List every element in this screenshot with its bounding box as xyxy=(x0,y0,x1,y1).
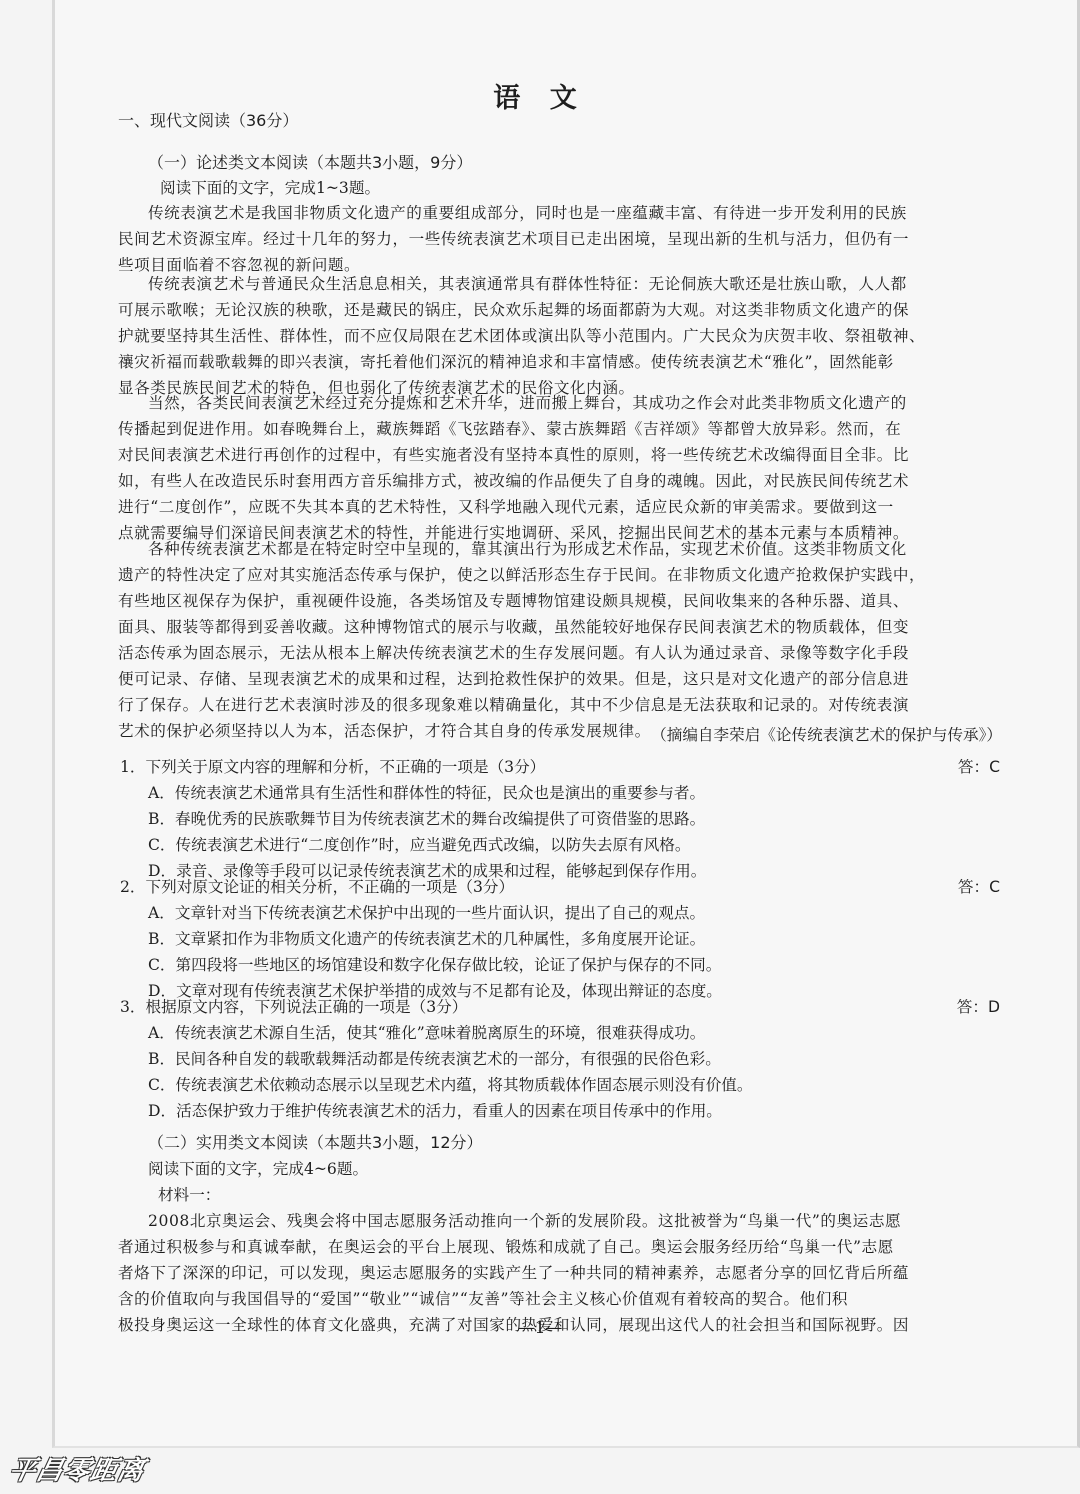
option-a: A．传统表演艺术通常具有生活性和群体性的特征，民众也是演出的重要参与者。 xyxy=(120,780,1000,806)
page-number: —1— xyxy=(0,1318,1080,1338)
option-b: B．春晚优秀的民族歌舞节目为传统表演艺术的舞台改编提供了可资借鉴的思路。 xyxy=(120,806,1000,832)
part1-instruction: 阅读下面的文字，完成1~3题。 xyxy=(160,175,380,201)
source-citation: （摘编自李荣启《论传统表演艺术的保护与传承》） xyxy=(651,722,1002,748)
section-heading: 一、现代文阅读（36分） xyxy=(118,108,298,131)
option-b: B．文章紧扣作为非物质文化遗产的传统表演艺术的几种属性，多角度展开论证。 xyxy=(120,926,1000,952)
option-a: A．传统表演艺术源自生活，使其“雅化”意味着脱离原生的环境，很难获得成功。 xyxy=(120,1020,1000,1046)
watermark-logo: 平昌零距离 xyxy=(6,1450,149,1487)
question-stem: 2．下列对原文论证的相关分析，不正确的一项是（3分） xyxy=(120,874,514,900)
material-label: 材料一： xyxy=(158,1182,220,1208)
question-stem: 1．下列关于原文内容的理解和分析，不正确的一项是（3分） xyxy=(120,754,545,780)
paragraph: 传统表演艺术与普通民众生活息息相关，其表演通常具有群体性特征：无论侗族大歌还是壮… xyxy=(118,271,978,401)
answer: 答：D xyxy=(957,994,1000,1020)
option-c: C．传统表演艺术进行“二度创作”时，应当避免西式改编，以防失去原有风格。 xyxy=(120,832,1000,858)
part2-instruction: 阅读下面的文字，完成4~6题。 xyxy=(148,1156,368,1182)
question-2: 2．下列对原文论证的相关分析，不正确的一项是（3分） 答：C A．文章针对当下传… xyxy=(120,874,1000,1004)
paragraph: 各种传统表演艺术都是在特定时空中呈现的，靠其演出行为形成艺术作品，实现艺术价值。… xyxy=(118,536,978,744)
option-b: B．民间各种自发的载歌载舞活动都是传统表演艺术的一部分，有很强的民俗色彩。 xyxy=(120,1046,1000,1072)
option-d: D．活态保护致力于维护传统表演艺术的活力，看重人的因素在项目传承中的作用。 xyxy=(120,1098,1000,1124)
paragraph: 传统表演艺术是我国非物质文化遗产的重要组成部分，同时也是一座蕴藏丰富、有待进一步… xyxy=(118,200,978,278)
part1-heading: （一）论述类文本阅读（本题共3小题，9分） xyxy=(148,150,472,173)
option-c: C．第四段将一些地区的场馆建设和数字化保存做比较，论证了保护与保存的不同。 xyxy=(120,952,1000,978)
option-a: A．文章针对当下传统表演艺术保护中出现的一些片面认识，提出了自己的观点。 xyxy=(120,900,1000,926)
paragraph: 当然，各类民间表演艺术经过充分提炼和艺术升华，进而搬上舞台，其成功之作会对此类非… xyxy=(118,390,978,546)
question-stem: 3．根据原文内容，下列说法正确的一项是（3分） xyxy=(120,994,467,1020)
question-1: 1．下列关于原文内容的理解和分析，不正确的一项是（3分） 答：C A．传统表演艺… xyxy=(120,754,1000,884)
part2-heading: （二）实用类文本阅读（本题共3小题，12分） xyxy=(148,1130,483,1153)
option-c: C．传统表演艺术依赖动态展示以呈现艺术内蕴，将其物质载体作固态展示则没有价值。 xyxy=(120,1072,1000,1098)
answer: 答：C xyxy=(958,874,1000,900)
answer: 答：C xyxy=(958,754,1000,780)
question-3: 3．根据原文内容，下列说法正确的一项是（3分） 答：D A．传统表演艺术源自生活… xyxy=(120,994,1000,1124)
